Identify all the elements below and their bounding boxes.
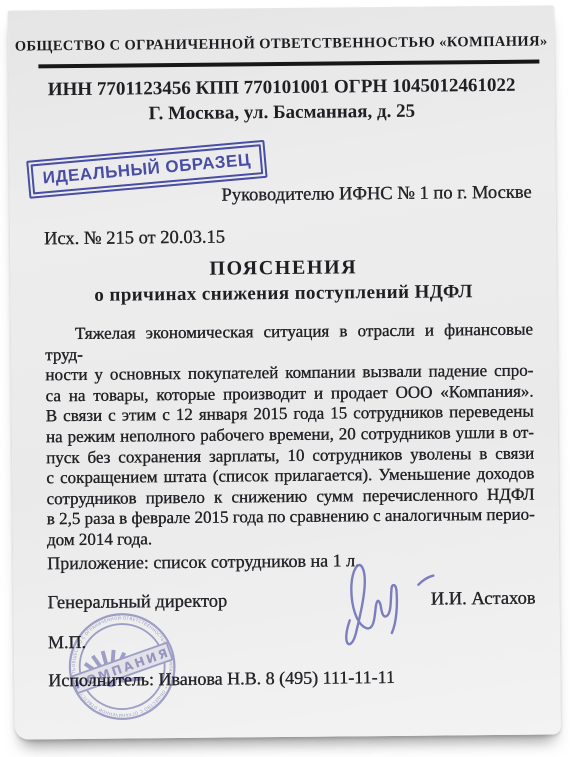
document-subtitle: о причинах снижения поступлений НДФЛ [11,280,557,307]
attachment-line: Приложение: список сотрудников на 1 л. [47,550,360,574]
signer-name: И.И. Астахов [431,589,536,611]
company-requisites-line: ИНН 7701123456 КПП 770101001 ОГРН 104501… [9,74,555,101]
body-line: дом 2014 года. [47,526,535,551]
page-background: { "doc": { "company_name": "ОБЩЕСТВО С О… [0,0,570,757]
company-round-seal: ОБЩЕСТВО С ОГРАНИЧЕННОЙ ОТВЕТСТВЕННОСТЬЮ… [66,610,179,723]
outgoing-number-line: Исх. № 215 от 20.03.15 [44,228,225,251]
seal-band: КОМПАНИЯ [72,643,173,693]
company-address-line: Г. Москва, ул. Басманная, д. 25 [9,99,555,126]
header-divider-line [38,60,539,69]
document-paper: ОБЩЕСТВО С ОГРАНИЧЕННОЙ ОТВЕТСТВЕННОСТЬЮ… [8,5,561,739]
company-name-header: ОБЩЕСТВО С ОГРАНИЧЕННОЙ ОТВЕТСТВЕННОСТЬЮ… [8,33,554,55]
recipient-line: Руководителю ИФНС № 1 по г. Москве [221,183,531,207]
body-line: Тяжелая экономическая ситуация в отрасли… [45,320,533,366]
seal-band-text: КОМПАНИЯ [73,645,172,692]
body-paragraph: Тяжелая экономическая ситуация в отрасли… [45,320,535,551]
document-title: ПОЯСНЕНИЯ [10,254,556,282]
